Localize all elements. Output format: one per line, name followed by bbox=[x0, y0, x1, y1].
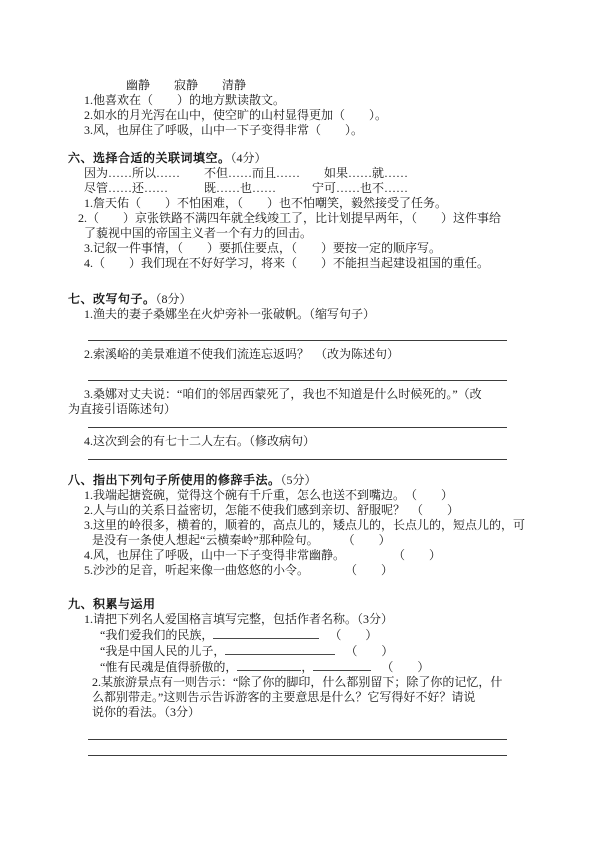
section-heading-nine: 九、积累与运用 bbox=[68, 597, 534, 612]
question-line: 2.（ ）京张铁路不满四年就全线竣工了，比计划提早两年，（ ）这件事给 bbox=[68, 211, 534, 226]
section-title: 六、选择合适的关联词填空。 bbox=[68, 151, 231, 165]
fill-blank bbox=[237, 659, 301, 671]
question-line: 5.沙沙的足音，听起来像一曲悠悠的小令。 （ ） bbox=[68, 563, 534, 578]
fill-blank bbox=[213, 627, 319, 639]
section-score: （4分） bbox=[231, 151, 267, 165]
question-line-wrap: 是没有一条使人想起“云横秦岭”那种险句。 （ ） bbox=[68, 533, 534, 548]
quote-prefix: “我是中国人民的儿子， bbox=[100, 644, 225, 658]
answer-line bbox=[88, 739, 507, 740]
question-line: 4.风，也屏住了呼吸，山中一下子变得非常幽静。 （ ） bbox=[68, 548, 534, 563]
conjunction-bank-row: 尽管……还…… 既……也…… 宁可……也不…… bbox=[68, 181, 534, 196]
quote-line: “我是中国人民的儿子，（ ） bbox=[68, 643, 534, 659]
question-line: 2.索溪峪的美景难道不使我们流连忘返吗？ （改为陈述句） bbox=[68, 347, 534, 362]
section-title: 八、指出下列句子所使用的修辞手法。 bbox=[68, 473, 281, 487]
question-line: 4.这次到会的有七十二人左右。（修改病句） bbox=[68, 434, 534, 449]
question-line-wrap: 说你的看法。（3分） bbox=[68, 705, 534, 720]
question-line: 4.（ ）我们现在不好好学习，将来（ ）不能担当起建设祖国的重任。 bbox=[68, 256, 534, 271]
author-paren: （ ） bbox=[381, 660, 429, 674]
section-score: （8分） bbox=[156, 292, 192, 306]
exam-paper-page: 幽静 寂静 清静 1.他喜欢在（ ）的地方默读散文。 2.如水的月光泻在山中，使… bbox=[0, 0, 596, 842]
conjunction-bank-row: 因为……所以…… 不但……而且…… 如果……就…… bbox=[68, 166, 534, 181]
question-line: 1.他喜欢在（ ）的地方默读散文。 bbox=[68, 93, 534, 108]
section-heading-eight: 八、指出下列句子所使用的修辞手法。（5分） bbox=[68, 473, 534, 488]
question-line: 3.桑娜对丈夫说：“咱们的邻居西蒙死了，我也不知道是什么时候死的。”（改 bbox=[68, 387, 534, 402]
section-score: （5分） bbox=[281, 473, 317, 487]
section-title: 九、积累与运用 bbox=[68, 597, 156, 611]
answer-line bbox=[88, 380, 507, 381]
author-paren: （ ） bbox=[345, 644, 393, 658]
fill-blank bbox=[225, 643, 335, 655]
quote-line: “我们爱我们的民族，（ ） bbox=[68, 627, 534, 643]
question-line: 2.如水的月光泻在山中，使空旷的山村显得更加（ ）。 bbox=[68, 108, 534, 123]
section-heading-seven: 七、改写句子。（8分） bbox=[68, 292, 534, 307]
author-paren: （ ） bbox=[329, 628, 377, 642]
question-line: 1.请把下列名人爱国格言填写完整，包括作者名称。（3分） bbox=[68, 612, 534, 627]
question-line: 1.渔夫的妻子桑娜坐在火炉旁补一张破帆。（缩写句子） bbox=[68, 307, 534, 322]
answer-line bbox=[88, 427, 507, 428]
quote-prefix: “惟有民魂是值得骄傲的， bbox=[100, 660, 237, 674]
answer-line bbox=[88, 340, 507, 341]
word-bank: 幽静 寂静 清静 bbox=[68, 78, 534, 93]
quote-prefix: “我们爱我们的民族， bbox=[100, 628, 213, 642]
question-line: 2.人与山的关系日益密切，怎能不使我们感到亲切、舒服呢？ （ ） bbox=[68, 503, 534, 518]
question-line: 1.詹天佑（ ）不怕困难，（ ）也不怕嘲笑，毅然接受了任务。 bbox=[68, 196, 534, 211]
question-line: 1.我端起搪瓷碗，觉得这个碗有千斤重，怎么也送不到嘴边。 （ ） bbox=[68, 488, 534, 503]
question-line: 3.这里的岭很多，横着的，顺着的，高点儿的，矮点儿的，长点儿的，短点儿的，可 bbox=[68, 518, 534, 533]
section-heading-six: 六、选择合适的关联词填空。（4分） bbox=[68, 151, 534, 166]
quote-line: “惟有民魂是值得骄傲的，，（ ） bbox=[68, 659, 534, 675]
question-line-wrap: 么都别带走。”这则告示告诉游客的主要意思是什么？它写得好不好？请说 bbox=[68, 690, 534, 705]
quote-comma: ， bbox=[301, 660, 313, 674]
fill-blank bbox=[313, 659, 371, 671]
question-line-wrap: 了藐视中国的帝国主义者一个有力的回击。 bbox=[68, 226, 534, 241]
question-line: 3.记叙一件事情，（ ）要抓住要点，（ ）要按一定的顺序写。 bbox=[68, 241, 534, 256]
question-line: 2.某旅游景点有一则告示：“除了你的脚印，什么都别留下；除了你的记忆，什 bbox=[68, 675, 534, 690]
question-line: 3.风，也屏住了呼吸，山中一下子变得非常（ ）。 bbox=[68, 123, 534, 138]
section-title: 七、改写句子。 bbox=[68, 292, 156, 306]
answer-line bbox=[88, 459, 507, 460]
question-line-wrap: 为直接引语陈述句） bbox=[68, 402, 534, 417]
answer-line bbox=[88, 755, 507, 756]
